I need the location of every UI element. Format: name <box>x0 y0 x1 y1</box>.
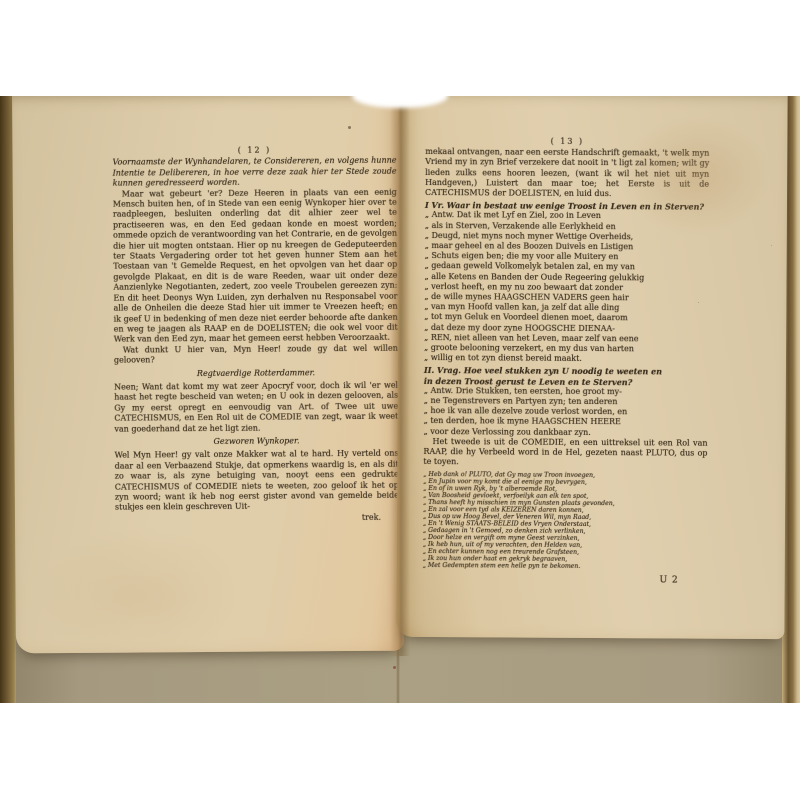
paper-stain <box>40 526 240 666</box>
catchword: trek. <box>115 512 399 524</box>
comedie-paragraph: Het tweede is uit de COMEDIE, en een uit… <box>423 437 707 469</box>
left-paragraph-4: Neen; Want dat komt my wat zeer Apocryf … <box>114 381 398 435</box>
heading-rotterdammer: Regtvaerdige Rotterdammer. <box>114 367 398 379</box>
paper-specks <box>0 96 3 99</box>
left-paragraph-3: Wat dunkt U hier van, Myn Heer! zoude gy… <box>114 343 398 366</box>
catechism-answer-1: „ Antw. Dat ik met Lyf en Ziel, zoo in L… <box>424 210 709 365</box>
left-opening-paragraph: Voornaamste der Wynhandelaren, te Consid… <box>113 156 397 189</box>
left-paragraph-5: Wel Myn Heer! gy valt onze Makker wat al… <box>115 449 399 513</box>
signature-mark: U 2 <box>423 573 707 585</box>
heading-wynkoper: Gezworen Wynkoper. <box>114 436 398 448</box>
left-paragraph-2: Maar wat gebeurt 'er? Deze Heeren in pla… <box>113 187 398 345</box>
verse-excerpt: „ Heb dank o! PLUTO, dat Gy mag uw Troon… <box>423 470 708 570</box>
paper-stain <box>620 116 770 236</box>
catechism-answer-2: „ Antw. Drie Stukken, ten eersten, hoe g… <box>424 386 708 439</box>
page-number-left: ( 12 ) <box>112 145 396 157</box>
catechism-question-2: II. Vrag. Hoe veel stukken zyn U noodig … <box>424 365 708 387</box>
pamphlet-photo: ( 12 ) Voornaamste der Wynhandelaren, te… <box>0 96 800 703</box>
page-left-text-column: ( 12 ) Voornaamste der Wynhandelaren, te… <box>112 145 399 525</box>
